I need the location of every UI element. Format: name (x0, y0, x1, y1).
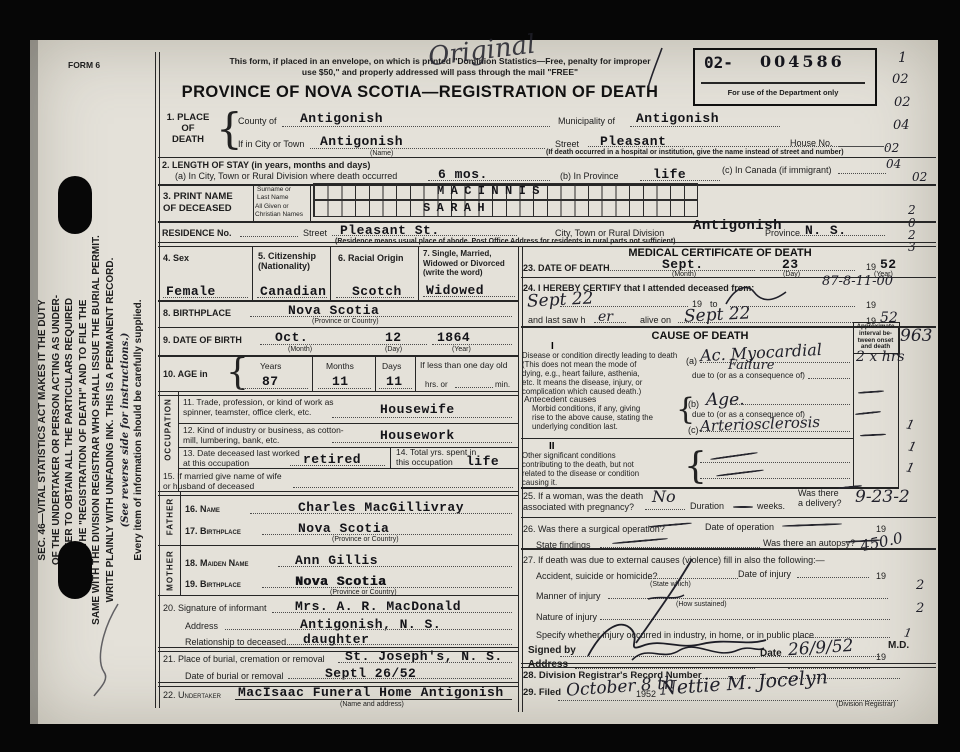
margin-mark: 1 (898, 50, 907, 66)
s9-day-sub: (Day) (385, 346, 402, 353)
s2-label: 2. LENGTH OF STAY (in years, months and … (162, 160, 370, 170)
cause-antecedent-label: Antecedent causes (524, 394, 596, 404)
s10-min-label: min. (495, 380, 510, 389)
s14-label: 14. Total yrs. spent in this occupation (396, 448, 476, 467)
s10-months-value: 11 (332, 374, 349, 389)
s26-label: 26. Was there a surgical operation? (523, 524, 665, 534)
s10-days-label: Days (382, 361, 401, 371)
s24-age-note: 87-8-11-00 (822, 274, 893, 289)
s8-label: 8. BIRTHPLACE (163, 308, 231, 318)
s3-surname-value: MACINNIS (437, 184, 546, 198)
s5-label: 5. Citizenship (Nationality) (258, 251, 316, 271)
department-prefix: 02- (704, 53, 733, 72)
s12-label: 12. Kind of industry or business, as cot… (183, 425, 344, 445)
residence-label: RESIDENCE No. (162, 228, 232, 238)
s24-19b: 19 (866, 300, 876, 310)
s25-weeks-label: weeks. (757, 501, 785, 511)
s1-label: 1. PLACE OF DEATH (160, 112, 216, 145)
s21-date-label: Date of burial or removal (185, 671, 284, 681)
s9-year-sub: (Year) (452, 346, 471, 353)
cause-b-value: Age. (706, 390, 745, 410)
s11-label: 11. Trade, profession, or kind of work a… (183, 397, 334, 417)
s2-a-label: (a) In City, Town or Rural Division wher… (175, 171, 397, 181)
s3-label: 3. PRINT NAME OF DECEASED (163, 191, 233, 215)
s19-label: 19. Birthplace (185, 579, 241, 589)
s20-relationship-label: Relationship to deceased (185, 637, 286, 647)
s9-month: Oct. (275, 330, 308, 345)
signed-by-label: Signed by (528, 645, 576, 656)
margin-mark: 2 (916, 601, 924, 616)
s17-sub: (Province or Country) (332, 536, 399, 543)
s12-value: Housework (380, 428, 455, 443)
s10-months-label: Months (326, 361, 354, 371)
s20-address-label: Address (185, 621, 218, 631)
s9-year: 1864 (437, 330, 470, 345)
s10-less-label: If less than one day old (420, 360, 507, 370)
margin-mark: 02 (912, 170, 927, 184)
s25-value: No (652, 487, 676, 506)
department-caption: For use of the Department only (695, 88, 871, 97)
s2-b-label: (b) In Province (560, 171, 619, 181)
s29-label: 29. Filed (523, 687, 561, 698)
other-brace: { (684, 446, 707, 487)
cause-other-label: Other significant conditions contributin… (522, 451, 639, 487)
s3-given-value: SARAH (423, 201, 491, 215)
s29-sub: (Division Registrar) (836, 701, 896, 708)
margin-mark: 02 (894, 95, 911, 110)
department-number: 004586 (760, 52, 845, 71)
s10-years-value: 87 (262, 374, 279, 389)
every-item-note: Every item of information should be care… (133, 150, 144, 710)
s24-from-value: Sept 22 (527, 288, 594, 311)
s29-year: 1952 (636, 689, 656, 699)
s25-delivery-label: Was there a delivery? (798, 488, 842, 508)
mother-side-label: MOTHER (166, 550, 175, 592)
cause-c-prefix: (c) (688, 425, 699, 435)
s1-county-label: County of (238, 116, 277, 126)
department-box-rule (701, 82, 865, 84)
margin-mark: 2 (908, 203, 916, 217)
residence-division-label: City, Town or Rural Division (555, 228, 664, 238)
s1-county-value: Antigonish (300, 111, 383, 126)
margin-mark: 02 (892, 72, 909, 87)
s8-sub: (Province or Country) (312, 318, 379, 325)
s4-label: 4. Sex (163, 253, 189, 263)
s15-label: 15. If married give name of wife or husb… (163, 471, 282, 491)
margin-mark: 04 (893, 118, 910, 133)
residence-street-label: Street (303, 228, 327, 238)
s10-brace: { (226, 352, 249, 393)
signed-date-label: Date (760, 648, 782, 659)
cause-header: CAUSE OF DEATH (600, 330, 800, 342)
s22-value: MacIsaac Funeral Home Antigonish (238, 685, 504, 700)
s2-c-label: (c) In Canada (if immigrant) (722, 165, 832, 175)
s1-city-sub: (Name) (370, 150, 393, 157)
residence-province-label: Province (765, 228, 800, 238)
s20-label: 20. Signature of informant (163, 603, 267, 613)
signed-md-label: M.D. (888, 640, 909, 651)
form-number: FORM 6 (68, 60, 100, 70)
s25-note: 9-23-2 (855, 487, 910, 507)
punch-hole-top (58, 176, 92, 234)
scanned-death-registration: { "page": { "form_no": "FORM 6", "notice… (0, 0, 960, 752)
cause-disease-label: Disease or condition directly leading to… (522, 351, 690, 396)
s25-duration-label: Duration (690, 501, 724, 511)
address-signature (628, 638, 768, 666)
margin-check-swirl (88, 600, 124, 700)
s24-alive-value: Sept 22 (684, 303, 751, 326)
signed-19: 19 (876, 652, 886, 662)
s27-injury-date-label: Date of injury (738, 569, 791, 579)
s9-day: 12 (385, 330, 402, 345)
s27-19: 19 (876, 571, 886, 581)
s26-autopsy-label: Was there an autopsy? (763, 538, 855, 548)
s18-label: 18. Maiden Name (185, 558, 249, 568)
s3-given-label: All Given or Christian Names (255, 203, 303, 218)
s13-label: 13. Date deceased last worked at this oc… (183, 449, 300, 468)
s10-label: 10. AGE in (163, 369, 208, 379)
father-side-label: FATHER (166, 496, 175, 538)
s10-years-label: Years (260, 361, 281, 371)
title-checkmark-stroke (645, 46, 665, 90)
s10-hrs-label: hrs. or (425, 380, 448, 389)
s25-label: 25. If a woman, was the death associated… (523, 491, 643, 512)
s24-alive-label: alive on (640, 315, 671, 325)
s11-value: Housewife (380, 402, 455, 417)
interval-header: Approximate interval be- tween onset and… (854, 324, 897, 351)
s26-date-label: Date of operation (705, 522, 774, 532)
cause-a-prefix: (a) (686, 356, 697, 366)
s22-sub: (Name and address) (340, 701, 404, 708)
s16-label: 16. Name (185, 504, 220, 514)
s3-given-grid (313, 200, 698, 217)
s24-lastsaw-label: and last saw h (528, 315, 586, 325)
medical-header: MEDICAL CERTIFICATE OF DEATH (560, 247, 880, 259)
s7-label: 7. Single, Married, Widowed or Divorced … (423, 249, 505, 278)
s9-month-sub: (Month) (288, 346, 312, 353)
cause-due-to-1: due to (or as a consequence of) (692, 371, 805, 380)
s3-surname-label: Surname or Last Name (257, 186, 291, 201)
punch-hole-bottom (58, 541, 92, 599)
cause-interval-a: 2 x hrs (856, 349, 905, 365)
s1-municipality-value: Antigonish (636, 111, 719, 126)
s6-label: 6. Racial Origin (338, 253, 404, 263)
s10-days-value: 11 (386, 374, 403, 389)
s23-label: 23. DATE OF DEATH (523, 263, 610, 273)
s21-label: 21. Place of burial, cremation or remova… (163, 654, 325, 664)
code-963: 963 (900, 326, 932, 346)
margin-mark: 2 (916, 578, 924, 593)
s27-manner-label: Manner of injury (536, 591, 601, 601)
form-left-border (155, 52, 160, 708)
cause-b-prefix: (b) (688, 399, 699, 409)
s1-street-sub: (If death occurred in a hospital or inst… (546, 149, 844, 156)
occupation-side-label: OCCUPATION (164, 395, 173, 465)
margin-mark: 02 (884, 141, 899, 155)
department-box-number-area: 02- (704, 53, 733, 72)
s1-city-value: Antigonish (320, 134, 403, 149)
cause-antecedent-sub: Morbid conditions, if any, giving rise t… (532, 404, 653, 431)
s17-label: 17. Birthplace (185, 526, 241, 536)
margin-mark: 04 (886, 157, 901, 171)
s23-year: 52 (880, 257, 897, 272)
s22-label: 22. Undertaker (163, 690, 221, 700)
s1-city-label: If in City or Town (238, 139, 304, 149)
s1-street-label: Street (555, 139, 579, 149)
s14-value: life (466, 454, 499, 469)
s1-municipality-label: Municipality of (558, 116, 615, 126)
form-title: PROVINCE OF NOVA SCOTIA—REGISTRATION OF … (180, 83, 660, 102)
s9-label: 9. DATE OF BIRTH (163, 335, 242, 345)
